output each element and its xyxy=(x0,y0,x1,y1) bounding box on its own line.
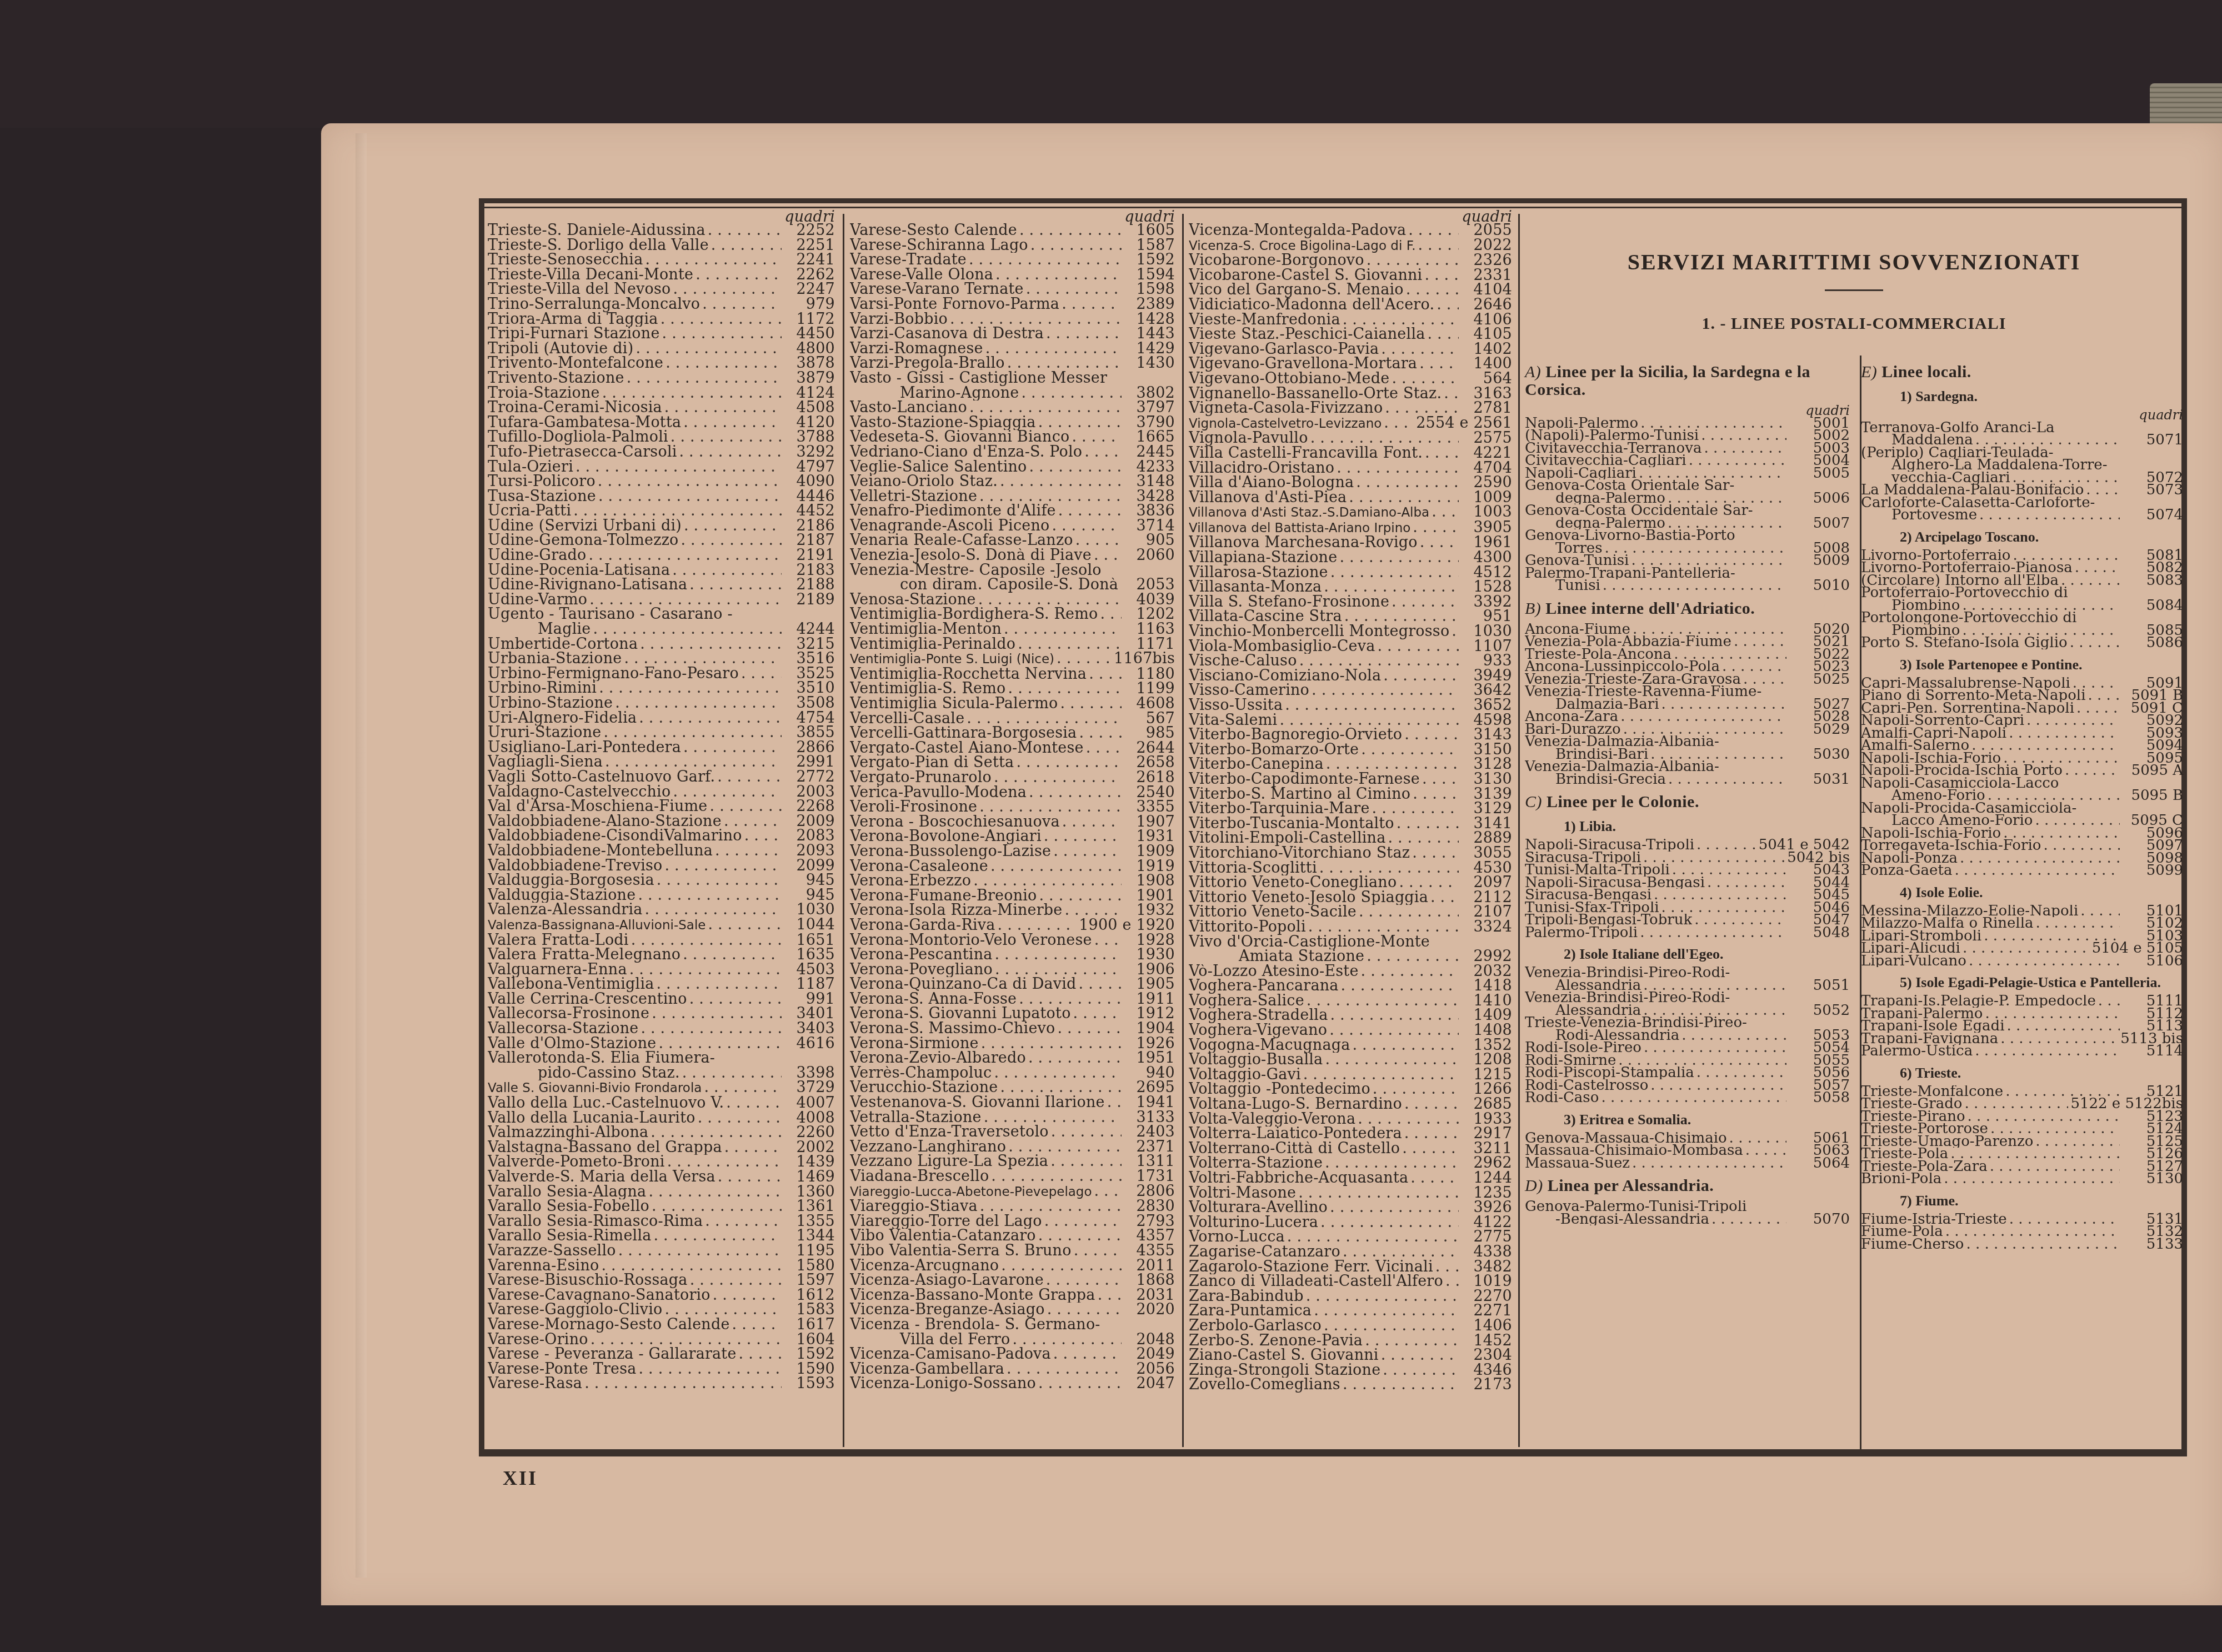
dot-leader xyxy=(645,903,782,918)
index-entry: Udine-Pocenia-Latisana2183 xyxy=(488,563,835,578)
table-number: 2187 xyxy=(784,533,835,548)
index-entry: Villarosa-Stazione4512 xyxy=(1189,565,1512,580)
table-number: 3525 xyxy=(784,667,835,682)
dot-leader xyxy=(1028,1051,1122,1066)
dot-leader xyxy=(1963,942,2090,955)
route-name: Vallecorsa-Frosinone xyxy=(488,1007,649,1022)
table-number: 1583 xyxy=(784,1303,835,1318)
route-name: Valle Cerrina-Crescentino xyxy=(488,992,687,1007)
route-name: Genova-Livorno-Bastia-Porto xyxy=(1525,529,1735,542)
index-entry: Vergato-Pian di Setta2658 xyxy=(850,755,1175,770)
index-entry: Valduggia-Stazione945 xyxy=(488,888,835,903)
route-name: Udine-Varmo xyxy=(488,593,587,608)
section-title: Linee per la Sicilia, la Sardegna e la C… xyxy=(1525,363,1810,399)
index-entry: Valverde-S. Maria della Versa1469 xyxy=(488,1170,835,1185)
route-name: Vignanello-Bassanello-Orte Staz. xyxy=(1189,387,1442,402)
dot-leader xyxy=(1385,401,1459,416)
index-entry: Vasto-Stazione-Spiaggia3790 xyxy=(850,415,1175,430)
dot-leader xyxy=(969,253,1122,268)
table-number: 2083 xyxy=(784,829,835,844)
index-entry: Urbino-Fermignano-Fano-Pesaro3525 xyxy=(488,667,835,682)
index-entry: Vedriano-Ciano d'Enza-S. Polo2445 xyxy=(850,445,1175,460)
dot-leader xyxy=(1343,313,1459,328)
dot-leader xyxy=(1330,1200,1459,1215)
dot-leader xyxy=(2009,1213,2120,1226)
index-entry: Genova-Livorno-Bastia-Porto xyxy=(1525,529,1850,542)
table-number: 1410 xyxy=(1461,994,1512,1009)
table-number: 945 xyxy=(784,888,835,903)
table-number: 1919 xyxy=(1124,859,1175,874)
dot-leader xyxy=(1001,1259,1122,1274)
dot-leader xyxy=(1341,979,1459,994)
route-name: Trapani-Is.Pelagie-P. Empedocle xyxy=(1861,995,2096,1008)
table-number: 1361 xyxy=(784,1199,835,1214)
index-entry: Viterbo-Tarquinia-Mare3129 xyxy=(1189,802,1512,817)
index-entry: Verona-Quinzano-Ca di David1905 xyxy=(850,977,1175,992)
index-entry: Varenna-Esino1580 xyxy=(488,1259,835,1274)
index-entry: Verona-Zevio-Albaredo1951 xyxy=(850,1051,1175,1066)
dot-leader xyxy=(1639,467,1786,480)
index-entry: Voghera-Pancarana1418 xyxy=(1189,979,1512,994)
route-name: Vallebona-Ventimiglia xyxy=(488,977,654,992)
route-name: Tunisi-Sfax-Tripoli xyxy=(1525,902,1659,914)
dot-leader xyxy=(639,711,782,726)
route-name: Ventimiglia-S. Remo xyxy=(850,682,1006,697)
dot-leader xyxy=(1402,1142,1459,1157)
dot-leader xyxy=(1643,979,1786,992)
table-number: 2866 xyxy=(784,740,835,755)
dot-leader xyxy=(1971,739,2120,752)
index-entry: Marino-Agnone3802 xyxy=(850,386,1175,401)
dot-leader xyxy=(1950,1148,2120,1160)
dot-leader xyxy=(744,829,782,844)
route-name: Ventimiglia-Bordighera-S. Remo xyxy=(850,607,1098,622)
dot-leader xyxy=(998,918,1077,933)
route-name: Alghero-La Maddalena-Torre- xyxy=(1861,459,2108,472)
route-name: Vieste-Manfredonia xyxy=(1189,313,1340,328)
index-entry: Voltaggio-Gavi1215 xyxy=(1189,1068,1512,1083)
index-entry: Ventimiglia-Rocchetta Nervina1180 xyxy=(850,667,1175,682)
table-number: 4512 xyxy=(1461,565,1512,580)
route-name: Zanco di Villadeati-Castell'Alfero xyxy=(1189,1274,1443,1289)
route-name: Varese-Tradate xyxy=(850,253,967,268)
route-name: Rodi-Piscopi-Stampalia xyxy=(1525,1067,1694,1079)
table-number: 1244 xyxy=(1461,1171,1512,1186)
route-name: Varese - Peveranza - Gallararate xyxy=(488,1347,737,1362)
index-entry: Piombino5085 xyxy=(1861,624,2183,637)
index-entry: Torres5008 xyxy=(1525,542,1850,555)
route-name: Valduggia-Stazione xyxy=(488,888,635,903)
index-entry: Carloforte-Calasetta-Carloforte- xyxy=(1861,497,2183,509)
table-number: 3129 xyxy=(1461,802,1512,817)
table-number: 991 xyxy=(784,992,835,1007)
dot-leader xyxy=(1444,387,1459,402)
table-number: 4008 xyxy=(784,1111,835,1126)
table-number: 5086 xyxy=(2122,637,2183,649)
table-number: 1208 xyxy=(1461,1053,1512,1068)
route-name: Verona-Montorio-Velo Veronese xyxy=(850,933,1092,948)
dot-leader xyxy=(978,593,1122,608)
route-name: Val d'Arsa-Moschiena-Fiume xyxy=(488,799,708,814)
dot-leader xyxy=(599,681,782,696)
route-name: Vergato-Pian di Setta xyxy=(850,755,1014,770)
route-name: Villanova Marchesana-Rovigo xyxy=(1189,535,1418,550)
table-number: 4221 xyxy=(1461,446,1512,461)
route-name: Umbertide-Cortona xyxy=(488,637,638,652)
table-number: 2772 xyxy=(784,770,835,785)
dot-leader xyxy=(1969,955,2120,968)
table-number: 2268 xyxy=(784,799,835,814)
route-name: Vetralla-Stazione xyxy=(850,1110,982,1125)
table-number: 2331 xyxy=(1461,268,1512,283)
index-entry: La Maddalena-Palau-Bonifacio5073 xyxy=(1861,484,2183,497)
index-entry: Valstagna-Bassano del Grappa2002 xyxy=(488,1140,835,1155)
dot-leader xyxy=(973,874,1122,889)
route-name: Zovello-Comeglians xyxy=(1189,1378,1340,1393)
route-name: Verona-Bussolengo-Lazise xyxy=(850,844,1051,859)
route-name: Verona - Boscochiesanuova xyxy=(850,815,1060,830)
route-name: Velletri-Stazione xyxy=(850,489,977,504)
dot-leader xyxy=(710,799,782,814)
table-number: 2241 xyxy=(784,253,835,268)
route-name: Varallo Sesia-Alagna xyxy=(488,1185,646,1200)
route-name: Ventimiglia Sicula-Palermo xyxy=(850,697,1058,712)
index-entry: Maddalena5071 xyxy=(1861,434,2183,447)
table-number: 2056 xyxy=(1124,1362,1175,1377)
table-number: 3324 xyxy=(1461,920,1512,935)
route-name: Verona-S. Anna-Fosse xyxy=(850,992,1017,1007)
index-entry: Bari-Durazzo5029 xyxy=(1525,723,1850,736)
dot-leader xyxy=(624,652,782,667)
index-entry: Ventimiglia Sicula-Palermo4608 xyxy=(850,697,1175,712)
index-entry: Varese - Peveranza - Gallararate1592 xyxy=(488,1347,835,1362)
route-name: Volterrano-Città di Castello xyxy=(1189,1142,1400,1157)
route-name: Vittorio Veneto-Conegliano xyxy=(1189,875,1397,890)
route-name: Trieste-Pola-Zara xyxy=(1861,1160,1988,1173)
dot-leader xyxy=(584,1376,782,1391)
index-entry: Massaua-Suez5064 xyxy=(1525,1157,1850,1170)
table-number: 2271 xyxy=(1461,1304,1512,1319)
dot-leader xyxy=(724,1140,782,1155)
table-number: 905 xyxy=(1124,533,1175,548)
book-cover-background xyxy=(0,0,2222,128)
index-entry: Verona-S. Anna-Fosse1911 xyxy=(850,992,1175,1007)
route-name: Venagrande-Ascoli Piceno xyxy=(850,519,1049,534)
dot-leader xyxy=(1640,927,1786,939)
index-entry: Usigliano-Lari-Pontedera2866 xyxy=(488,740,835,755)
table-number: 3292 xyxy=(784,445,835,460)
index-entry: Vigevano-Garlasco-Pavia1402 xyxy=(1189,342,1512,357)
table-number: 5051 xyxy=(1789,979,1850,992)
index-entry: Volta-Valeggio-Verona1933 xyxy=(1189,1112,1512,1127)
index-entry: Varese-Valle Olona1594 xyxy=(850,268,1175,283)
dot-leader xyxy=(717,770,782,785)
table-number: 1612 xyxy=(784,1288,835,1303)
table-number: 4105 xyxy=(1461,327,1512,342)
index-entry: Trino-Serralunga-Moncalvo979 xyxy=(488,297,835,312)
table-number: 1215 xyxy=(1461,1068,1512,1083)
dot-leader xyxy=(2035,814,2120,827)
route-name: Udine-Rivignano-Latisana xyxy=(488,578,687,593)
table-number: 2371 xyxy=(1124,1140,1175,1155)
route-name: Trieste-Villa del Nevoso xyxy=(488,282,671,297)
dot-leader xyxy=(2013,549,2120,562)
table-number: 1235 xyxy=(1461,1186,1512,1201)
table-number: 2031 xyxy=(1124,1288,1175,1303)
route-name: Portoferraio-Portovecchio di xyxy=(1861,587,2068,599)
index-entry: Amiata Stazione2992 xyxy=(1189,949,1512,964)
table-number: 1605 xyxy=(1124,223,1175,238)
index-entry: Villa Castelli-Francavilla Font.4221 xyxy=(1189,446,1512,461)
dot-leader xyxy=(683,948,782,963)
table-number: 4300 xyxy=(1461,550,1512,565)
table-number: 1592 xyxy=(1124,253,1175,268)
dot-leader xyxy=(1018,637,1122,652)
index-entry: Verona-Sirmione1926 xyxy=(850,1037,1175,1052)
index-entry: Vallo della Luc.-Castelnuovo V.4007 xyxy=(488,1096,835,1111)
route-name: Villata-Cascine Stra xyxy=(1189,609,1342,624)
index-entry: Valduggia-Borgosesia945 xyxy=(488,873,835,888)
route-name: Vigneta-Casola-Fivizzano xyxy=(1189,401,1383,416)
route-name: Trieste-Pirano xyxy=(1861,1110,1965,1123)
dot-leader xyxy=(1326,757,1459,772)
route-name: Voltaggio -Pontedecimo xyxy=(1189,1082,1370,1097)
route-name: Urbania-Stazione xyxy=(488,652,622,667)
index-entry: Varallo Sesia-Alagna1360 xyxy=(488,1185,835,1200)
index-entry: Venezia-Trieste-Zara-Gravosa5025 xyxy=(1525,673,1850,686)
index-entry: Voghera-Stradella1409 xyxy=(1189,1008,1512,1023)
dot-leader xyxy=(1358,1112,1459,1127)
route-name: con diram. Caposile-S. Donà xyxy=(850,578,1118,593)
table-number: 1355 xyxy=(784,1214,835,1229)
route-name: Rodi-Castelrosso xyxy=(1525,1079,1648,1092)
route-name: Volterra-Stazione xyxy=(1189,1156,1323,1171)
index-entry: degna-Palermo5007 xyxy=(1525,517,1850,530)
dot-leader xyxy=(1100,607,1122,622)
route-name: Amalfi-Capri-Napoli xyxy=(1861,727,2006,740)
index-entry: degna-Palermo5006 xyxy=(1525,492,1850,505)
dot-leader xyxy=(601,1259,782,1274)
route-name: Valdobbiadene-Alano-Stazione xyxy=(488,814,722,829)
index-entry: Napoli-Ischia-Forio5096 xyxy=(1861,827,2183,840)
index-entry: Tunisi-Malta-Tripoli5043 xyxy=(1525,864,1850,877)
subsection-heading: 7) Fiume. xyxy=(1861,1193,2183,1209)
table-number: 3642 xyxy=(1461,683,1512,698)
table-number: 3879 xyxy=(784,371,835,386)
dot-leader xyxy=(1435,1260,1459,1275)
route-name: Brindisi-Bari xyxy=(1525,748,1648,761)
index-entry: Varese-Ponte Tresa1590 xyxy=(488,1362,835,1377)
route-name: Triora-Arma di Taggia xyxy=(488,312,658,327)
dot-leader xyxy=(2075,562,2120,574)
dot-leader xyxy=(1306,1289,1459,1304)
dot-leader xyxy=(1413,520,1459,535)
route-name: Napoli-Siracusa-Bengasi xyxy=(1525,877,1705,889)
route-name: Brindisi-Grecia xyxy=(1525,773,1666,786)
route-name: Tusa-Stazione xyxy=(488,489,596,504)
route-name: Rodi-Smirne xyxy=(1525,1054,1616,1067)
index-entry: Vicenza-S. Croce Bigolina-Lago di F.2022 xyxy=(1189,238,1512,254)
index-entry: Viareggio-Torre del Lago2793 xyxy=(850,1214,1175,1229)
dot-leader xyxy=(739,1347,782,1362)
index-entry: Messina-Milazzo-Eolie-Napoli5101 xyxy=(1861,905,2183,918)
table-number: 4244 xyxy=(784,622,835,637)
dot-leader xyxy=(635,342,782,357)
dot-leader xyxy=(741,667,782,682)
index-entry: Varese-Varano Ternate1598 xyxy=(850,282,1175,297)
index-entry: Zara-Babindub2270 xyxy=(1189,1289,1512,1304)
dot-leader xyxy=(1337,461,1459,476)
route-name: Valverde-S. Maria della Versa xyxy=(488,1170,715,1185)
index-entry: Lacco Ameno-Forio5095 C xyxy=(1861,814,2183,827)
route-name: Visciano-Comiziano-Nola xyxy=(1189,669,1381,684)
route-name: Villa d'Aiano-Bologna xyxy=(1189,475,1354,490)
index-entry: Veiano-Oriolo Staz.3148 xyxy=(850,474,1175,489)
dot-leader xyxy=(1058,1022,1122,1037)
index-entry: Civitavecchia-Cagliari5004 xyxy=(1525,454,1850,467)
table-number: 3211 xyxy=(1461,1142,1512,1157)
table-number: 3905 xyxy=(1461,520,1512,535)
table-number: 2003 xyxy=(784,785,835,800)
index-entry: Voltaggio -Pontedecimo1266 xyxy=(1189,1082,1512,1097)
table-number: 4446 xyxy=(784,489,835,504)
table-number: 1731 xyxy=(1124,1169,1175,1184)
table-number: 2107 xyxy=(1461,905,1512,920)
table-number: 4124 xyxy=(784,386,835,401)
table-number: 979 xyxy=(784,297,835,312)
route-name: Urbino-Fermignano-Fano-Pesaro xyxy=(488,667,739,682)
route-name: Villa S. Stefano-Frosinone xyxy=(1189,595,1389,610)
index-entry: Valdobbiadene-Montebelluna2093 xyxy=(488,844,835,859)
route-name: Venezia-Dalmazia-Albania- xyxy=(1525,735,1719,748)
route-name: Urbino-Rimini xyxy=(488,681,597,696)
route-name: Trieste-Umago-Parenzo xyxy=(1861,1135,2033,1148)
table-number: 5030 xyxy=(1789,748,1850,761)
table-number: 3139 xyxy=(1461,787,1512,802)
index-entry: Vico del Gargano-S. Menaio4104 xyxy=(1189,283,1512,298)
route-name: Vicenza-Arcugnano xyxy=(850,1259,999,1274)
table-number: 3790 xyxy=(1124,415,1175,430)
dot-leader xyxy=(1367,949,1459,964)
table-number: 2002 xyxy=(784,1140,835,1155)
route-name: Valle d'Olmo-Stazione xyxy=(488,1037,657,1052)
dot-leader xyxy=(1094,548,1122,563)
index-entry: Tufara-Gambatesa-Motta4120 xyxy=(488,415,835,430)
subsection-heading: 2) Arcipelago Toscano. xyxy=(1861,529,2183,545)
table-number: 3878 xyxy=(784,356,835,371)
table-number: 1905 xyxy=(1124,977,1175,992)
dot-leader xyxy=(1062,297,1122,312)
route-name: Siracusa-Bengasi xyxy=(1525,889,1652,902)
dot-leader xyxy=(683,415,782,430)
dot-leader xyxy=(681,533,782,548)
index-entry: Tursi-Policoro4090 xyxy=(488,474,835,489)
dot-leader xyxy=(2073,677,2120,690)
table-number: 5031 xyxy=(1789,773,1850,786)
index-entry: Varese-Bisuschio-Rossaga1597 xyxy=(488,1273,835,1288)
dot-leader xyxy=(1689,454,1786,467)
route-name: La Maddalena-Palau-Bonifacio xyxy=(1861,484,2084,497)
index-entry: Trieste-Umago-Parenzo5125 xyxy=(1861,1135,2183,1148)
table-number: 5009 xyxy=(1789,554,1850,567)
route-name: Tula-Ozieri xyxy=(488,460,573,475)
route-name: Vergato-Prunarolo xyxy=(850,770,992,785)
route-name: Fiume-Pola xyxy=(1861,1225,1943,1238)
index-entry: Siracusa-Bengasi5045 xyxy=(1525,889,1850,902)
dot-leader xyxy=(1329,1023,1459,1038)
index-entry: Portovesme5074 xyxy=(1861,509,2183,522)
dot-leader xyxy=(1353,1038,1459,1053)
route-name: Varese-Orino xyxy=(488,1333,588,1348)
route-name: Piombino xyxy=(1861,624,1960,637)
route-name: Troina-Cerami-Nicosia xyxy=(488,401,662,415)
index-entry: Valenza-Alessandria1030 xyxy=(488,903,835,918)
dot-leader xyxy=(1094,1184,1122,1199)
table-number: 5133 xyxy=(2122,1238,2183,1251)
route-name: Venezia-Jesolo-S. Donà di Piave xyxy=(850,548,1092,563)
index-entry: Vergato-Prunarolo2618 xyxy=(850,770,1175,785)
route-name: Tunisi-Malta-Tripoli xyxy=(1525,864,1670,877)
dot-leader xyxy=(1365,1334,1459,1349)
index-entry: Verona - Boscochiesanuova1907 xyxy=(850,815,1175,830)
dot-leader xyxy=(1094,933,1122,948)
dot-leader xyxy=(1603,579,1786,592)
route-name: Vercelli-Gattinara-Borgosesia xyxy=(850,726,1077,741)
table-number: 1635 xyxy=(784,948,835,963)
route-name: Vico del Gargano-S. Menaio xyxy=(1189,283,1404,298)
dot-leader xyxy=(689,992,782,1007)
route-name: Palermo-Trapani-Pantelleria- xyxy=(1525,567,1735,580)
dot-leader xyxy=(1044,1214,1122,1229)
route-name: Viareggio-Stiava xyxy=(850,1199,978,1214)
table-number: 1469 xyxy=(784,1170,835,1185)
dot-leader xyxy=(1668,492,1786,505)
dot-leader xyxy=(1605,542,1786,555)
table-number: 2060 xyxy=(1124,548,1175,563)
dot-leader xyxy=(665,1303,782,1318)
route-name: Vicenza-Camisano-Padova xyxy=(850,1347,1051,1362)
subsection-heading: 1) Libia. xyxy=(1525,819,1850,834)
dot-leader xyxy=(1404,1127,1459,1142)
index-entry: Venezia-Mestre- Caposile -Jesolo xyxy=(850,563,1175,578)
dot-leader xyxy=(1696,1067,1786,1079)
route-name: Trino-Serralunga-Moncalvo xyxy=(488,297,700,312)
route-name: Vigevano-Gravellona-Mortara xyxy=(1189,357,1417,372)
table-number: 2047 xyxy=(1124,1376,1175,1391)
dot-leader xyxy=(1039,889,1122,904)
route-name: Varenna-Esino xyxy=(488,1259,599,1274)
route-name: Venezia-Dalmazia-Albania- xyxy=(1525,760,1719,773)
dot-leader xyxy=(603,725,782,740)
table-number: 5007 xyxy=(1789,517,1850,530)
index-entry: Valguarnera-Enna4503 xyxy=(488,963,835,978)
route-name: Volta-Valeggio-Verona xyxy=(1189,1112,1355,1127)
table-number: 1593 xyxy=(784,1376,835,1391)
index-entry: Voghera-Salice1410 xyxy=(1189,994,1512,1009)
route-name: Vasto-Stazione-Spiaggia xyxy=(850,415,1036,430)
index-entry: Vidiciatico-Madonna dell'Acero.2646 xyxy=(1189,298,1512,313)
table-number: 3510 xyxy=(784,681,835,696)
table-number: 1195 xyxy=(784,1244,835,1259)
route-name: Vigevano-Ottobiano-Mede xyxy=(1189,372,1389,387)
dot-leader xyxy=(605,755,782,770)
index-entry: Brindisi-Bari5030 xyxy=(1525,748,1850,761)
dot-leader xyxy=(2035,1135,2120,1148)
route-name: Vagli Sotto-Castelnuovo Garf. xyxy=(488,770,715,785)
table-number: 3652 xyxy=(1461,698,1512,713)
index-entry: Varzi-Romagnese1429 xyxy=(850,342,1175,357)
dot-leader xyxy=(1640,417,1786,430)
